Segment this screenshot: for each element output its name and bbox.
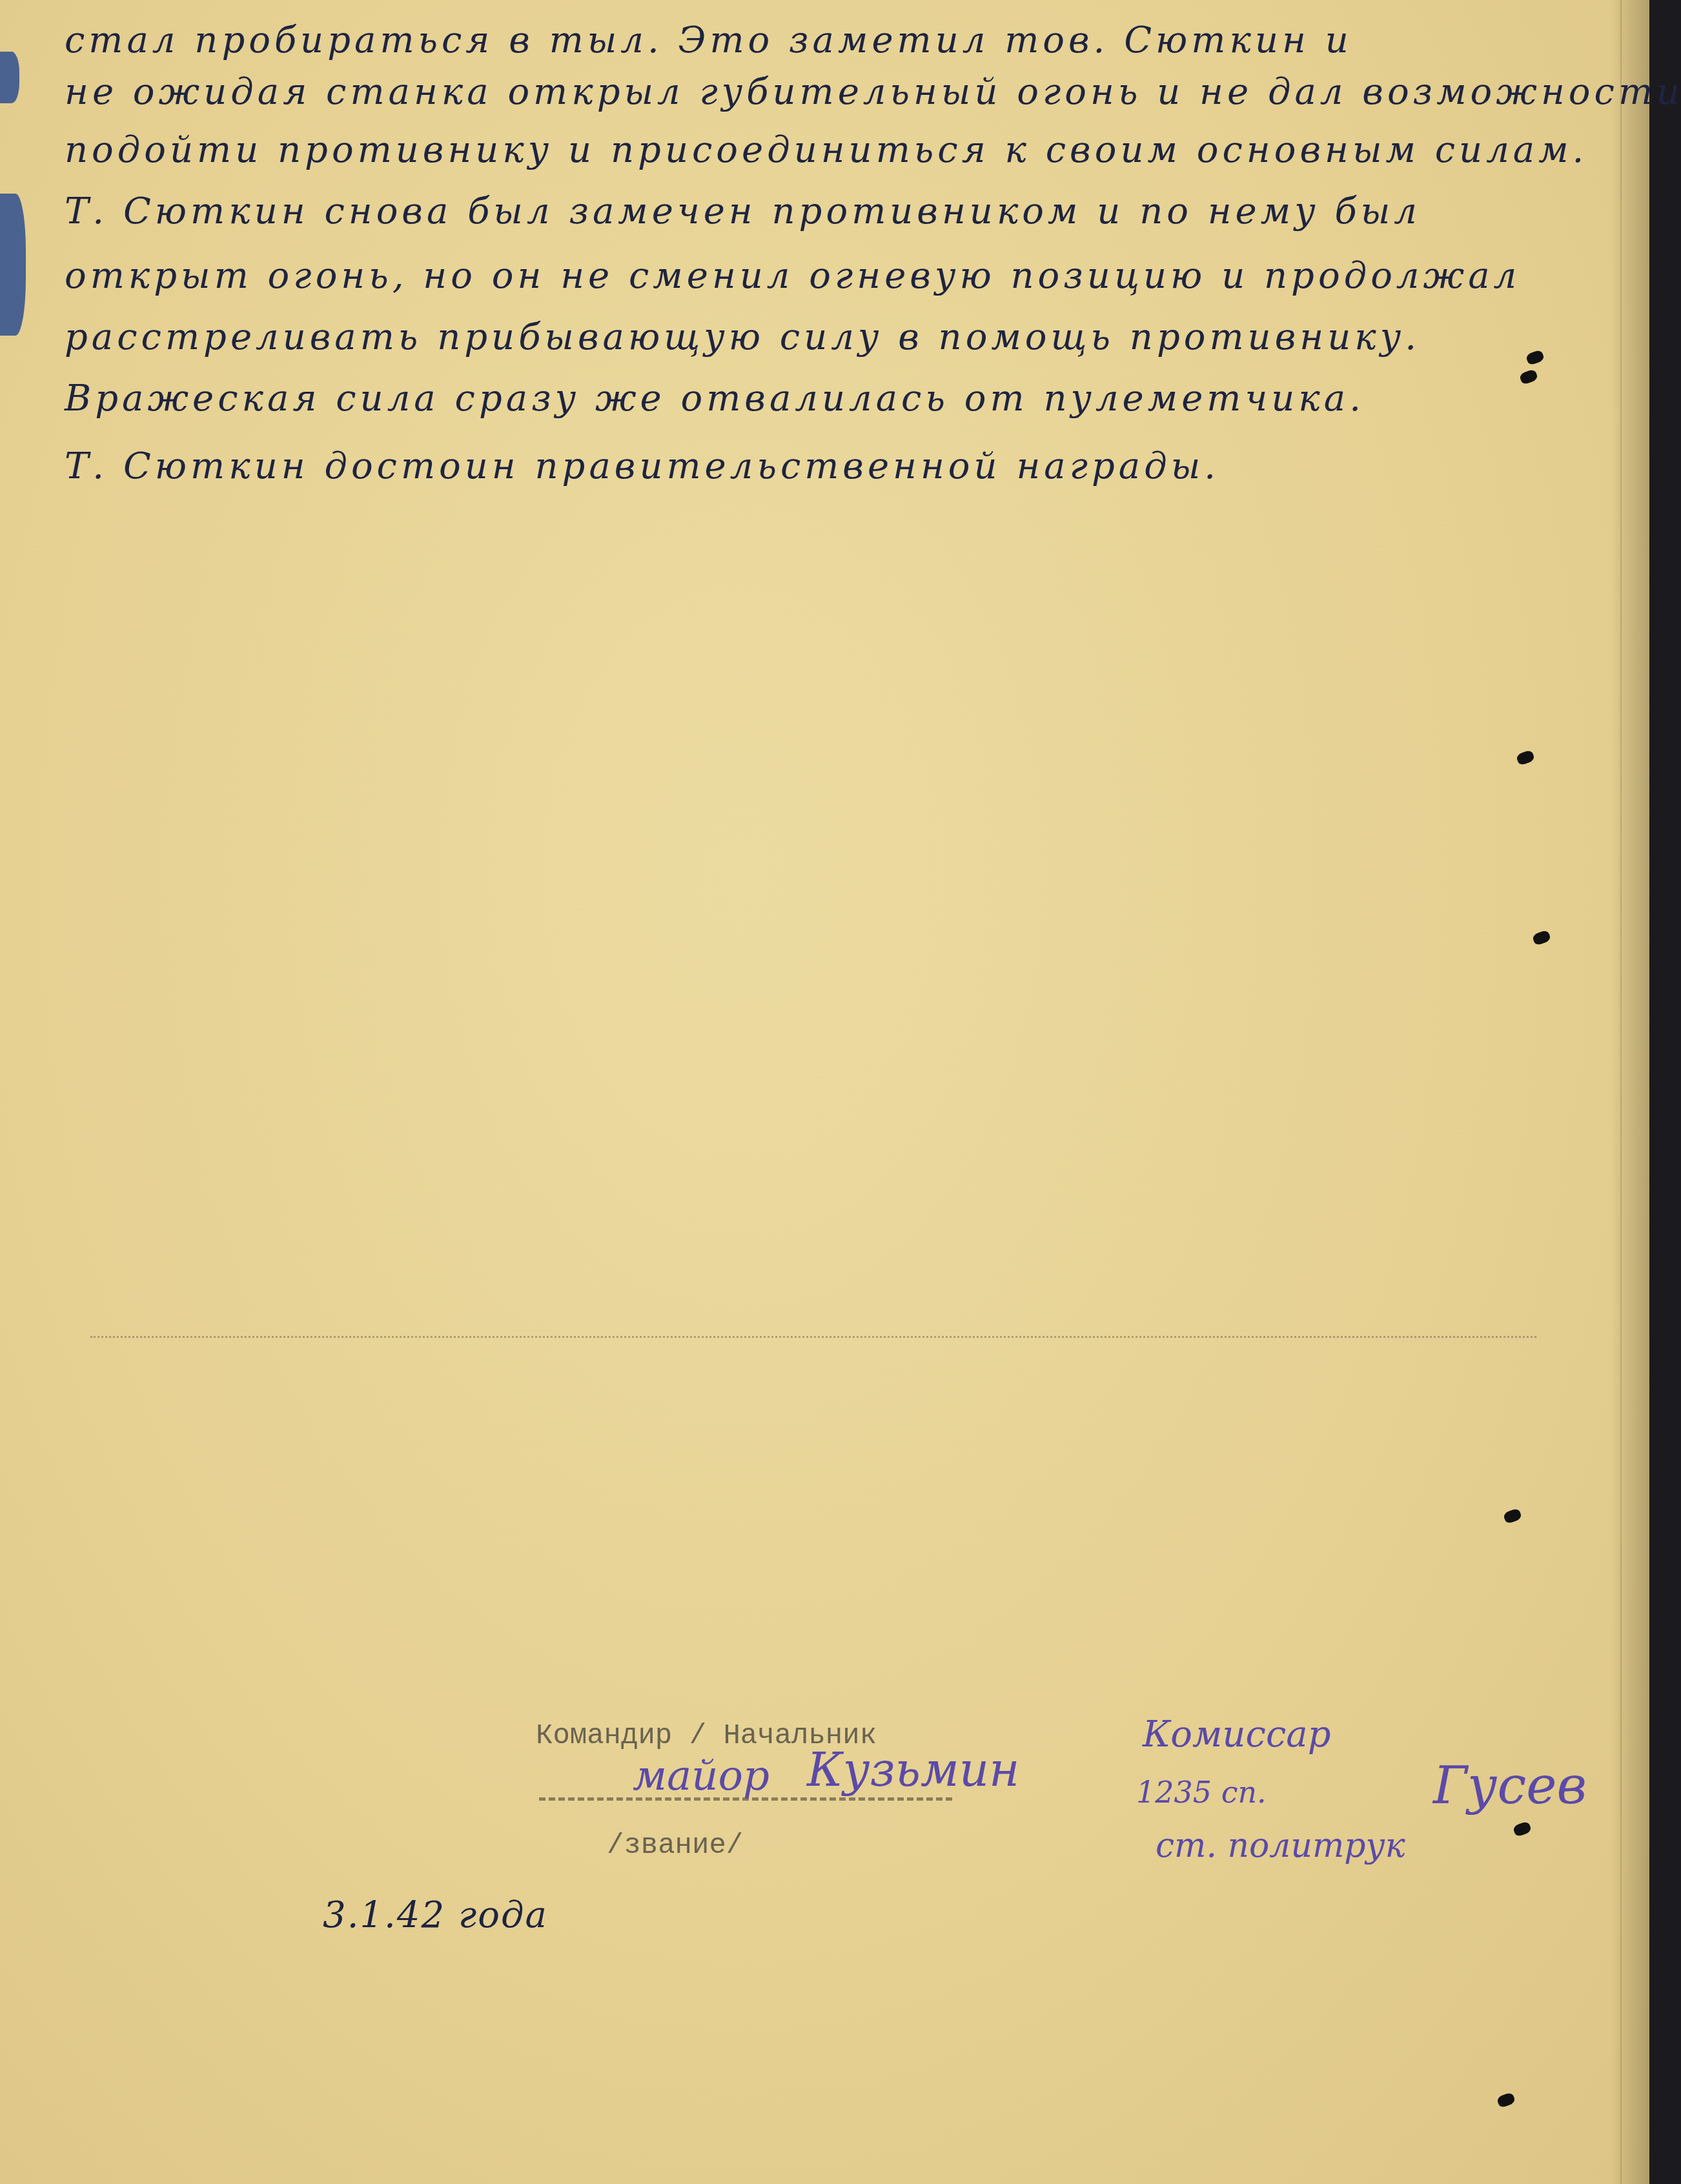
page-edge-shadow — [1611, 0, 1649, 2184]
punch-hole — [1532, 929, 1552, 946]
commissar-unit: 1235 сп. — [1136, 1775, 1267, 1810]
punch-hole — [1496, 2092, 1516, 2108]
body-line-2: не ожидая станка открыл губительный огон… — [65, 71, 1681, 113]
punch-hole — [1503, 1508, 1523, 1524]
document-page: стал пробираться в тыл. Это заметил тов.… — [0, 0, 1649, 2184]
body-line-7: Вражеская сила сразу же отвалилась от пу… — [65, 378, 1365, 420]
body-line-4: Т. Сюткин снова был замечен противником … — [65, 190, 1421, 232]
commissar-signature: Гусев — [1433, 1755, 1587, 1815]
body-line-1: стал пробираться в тыл. Это заметил тов.… — [65, 19, 1352, 61]
body-line-3: подойти противнику и присоединиться к св… — [65, 129, 1587, 171]
body-line-8: Т. Сюткин достоин правительственной нагр… — [65, 445, 1219, 487]
punch-hole — [1525, 349, 1545, 366]
body-line-5: открыт огонь, но он не сменил огневую по… — [65, 255, 1520, 297]
commissar-rank: ст. политрук — [1156, 1826, 1405, 1865]
punch-hole — [1516, 749, 1536, 766]
punch-hole — [1519, 369, 1539, 385]
commander-signature: Кузьмин — [807, 1743, 1019, 1797]
date-handwritten: 3.1.42 года — [323, 1894, 548, 1936]
body-line-6: расстреливать прибывающую силу в помощь … — [65, 316, 1420, 358]
typed-rank-label: /звание/ — [607, 1830, 743, 1862]
separator-line — [90, 1336, 1536, 1338]
handwritten-rank: майор — [633, 1752, 769, 1800]
ink-stain — [0, 194, 26, 336]
punch-hole — [1513, 1821, 1533, 1837]
commissar-title: Комиссар — [1143, 1714, 1331, 1755]
ink-stain — [0, 52, 19, 103]
